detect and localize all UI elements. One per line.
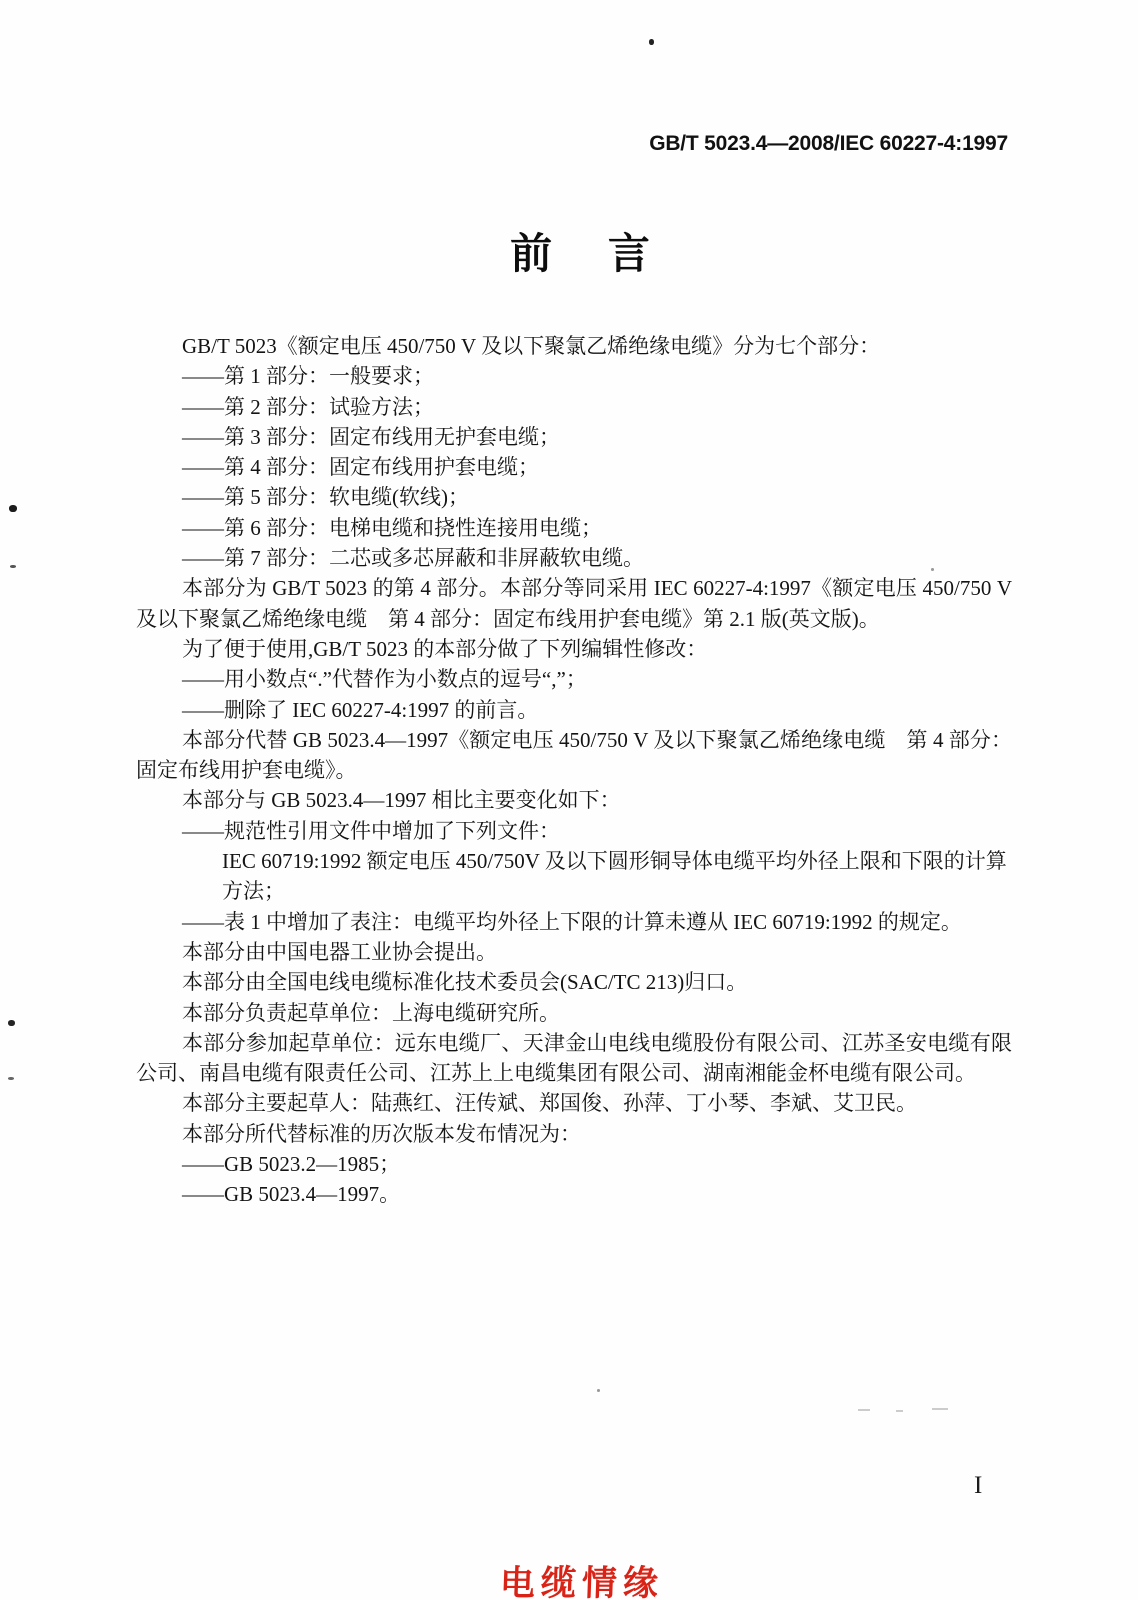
foreword-paragraph: ——表 1 中增加了表注：电缆平均外径上下限的计算未遵从 IEC 60719:1…	[136, 907, 1012, 937]
foreword-paragraph: IEC 60719:1992 额定电压 450/750V 及以下圆形铜导体电缆平…	[222, 846, 1012, 876]
scan-artifact-dot	[8, 1077, 14, 1080]
scan-artifact-dot	[9, 505, 17, 512]
scan-artifact-dot	[931, 568, 934, 571]
foreword-paragraph: ——GB 5023.4—1997。	[136, 1179, 1012, 1209]
foreword-paragraph: ——第 3 部分：固定布线用无护套电缆；	[136, 422, 1012, 452]
foreword-paragraph: 本部分为 GB/T 5023 的第 4 部分。本部分等同采用 IEC 60227…	[136, 573, 1012, 634]
scan-artifact-dot	[597, 1389, 600, 1392]
foreword-paragraph: 方法；	[222, 876, 1012, 906]
foreword-paragraph: GB/T 5023《额定电压 450/750 V 及以下聚氯乙烯绝缘电缆》分为七…	[136, 331, 1012, 361]
foreword-paragraph: ——第 2 部分：试验方法；	[136, 392, 1012, 422]
standard-number-header: GB/T 5023.4—2008/IEC 60227-4:1997	[649, 132, 1008, 156]
foreword-paragraph: 本部分代替 GB 5023.4—1997《额定电压 450/750 V 及以下聚…	[136, 725, 1012, 786]
watermark-text: 电缆情缘	[499, 1556, 665, 1600]
foreword-paragraph: ——第 4 部分：固定布线用护套电缆；	[136, 452, 1012, 482]
foreword-title: 前 言	[0, 221, 1138, 281]
foreword-paragraph: ——第 6 部分：电梯电缆和挠性连接用电缆；	[136, 513, 1012, 543]
foreword-paragraph: 本部分参加起草单位：远东电缆厂、天津金山电线电缆股份有限公司、江苏圣安电缆有限公…	[136, 1028, 1012, 1089]
scanned-standard-page: GB/T 5023.4—2008/IEC 60227-4:1997 前 言 GB…	[0, 0, 1138, 1600]
foreword-paragraph: ——删除了 IEC 60227-4:1997 的前言。	[136, 695, 1012, 725]
foreword-paragraph: ——第 7 部分：二芯或多芯屏蔽和非屏蔽软电缆。	[136, 543, 1012, 573]
scan-artifact-line	[932, 1408, 948, 1410]
foreword-paragraph: ——第 5 部分：软电缆(软线)；	[136, 482, 1012, 512]
foreword-paragraph: ——规范性引用文件中增加了下列文件：	[136, 816, 1012, 846]
foreword-paragraph: ——用小数点“.”代替作为小数点的逗号“,”；	[136, 664, 1012, 694]
page-number: I	[974, 1472, 982, 1500]
foreword-paragraph: ——GB 5023.2—1985；	[136, 1149, 1012, 1179]
foreword-paragraph: 本部分由全国电线电缆标准化技术委员会(SAC/TC 213)归口。	[136, 967, 1012, 997]
foreword-paragraph: 本部分由中国电器工业协会提出。	[136, 937, 1012, 967]
scan-artifact-dot	[10, 565, 16, 568]
foreword-paragraph: 为了便于使用,GB/T 5023 的本部分做了下列编辑性修改：	[136, 634, 1012, 664]
foreword-body: GB/T 5023《额定电压 450/750 V 及以下聚氯乙烯绝缘电缆》分为七…	[136, 331, 1012, 1210]
foreword-paragraph: 本部分负责起草单位：上海电缆研究所。	[136, 998, 1012, 1028]
foreword-paragraph: 本部分所代替标准的历次版本发布情况为：	[136, 1119, 1012, 1149]
scan-artifact-line	[896, 1410, 903, 1412]
foreword-paragraph: 本部分主要起草人：陆燕红、汪传斌、郑国俊、孙萍、丁小琴、李斌、艾卫民。	[136, 1088, 1012, 1118]
foreword-paragraph: 本部分与 GB 5023.4—1997 相比主要变化如下：	[136, 785, 1012, 815]
scan-artifact-dot	[649, 39, 654, 45]
foreword-paragraph: ——第 1 部分：一般要求；	[136, 361, 1012, 391]
scan-artifact-dot	[8, 1020, 15, 1026]
scan-artifact-line	[858, 1409, 870, 1411]
